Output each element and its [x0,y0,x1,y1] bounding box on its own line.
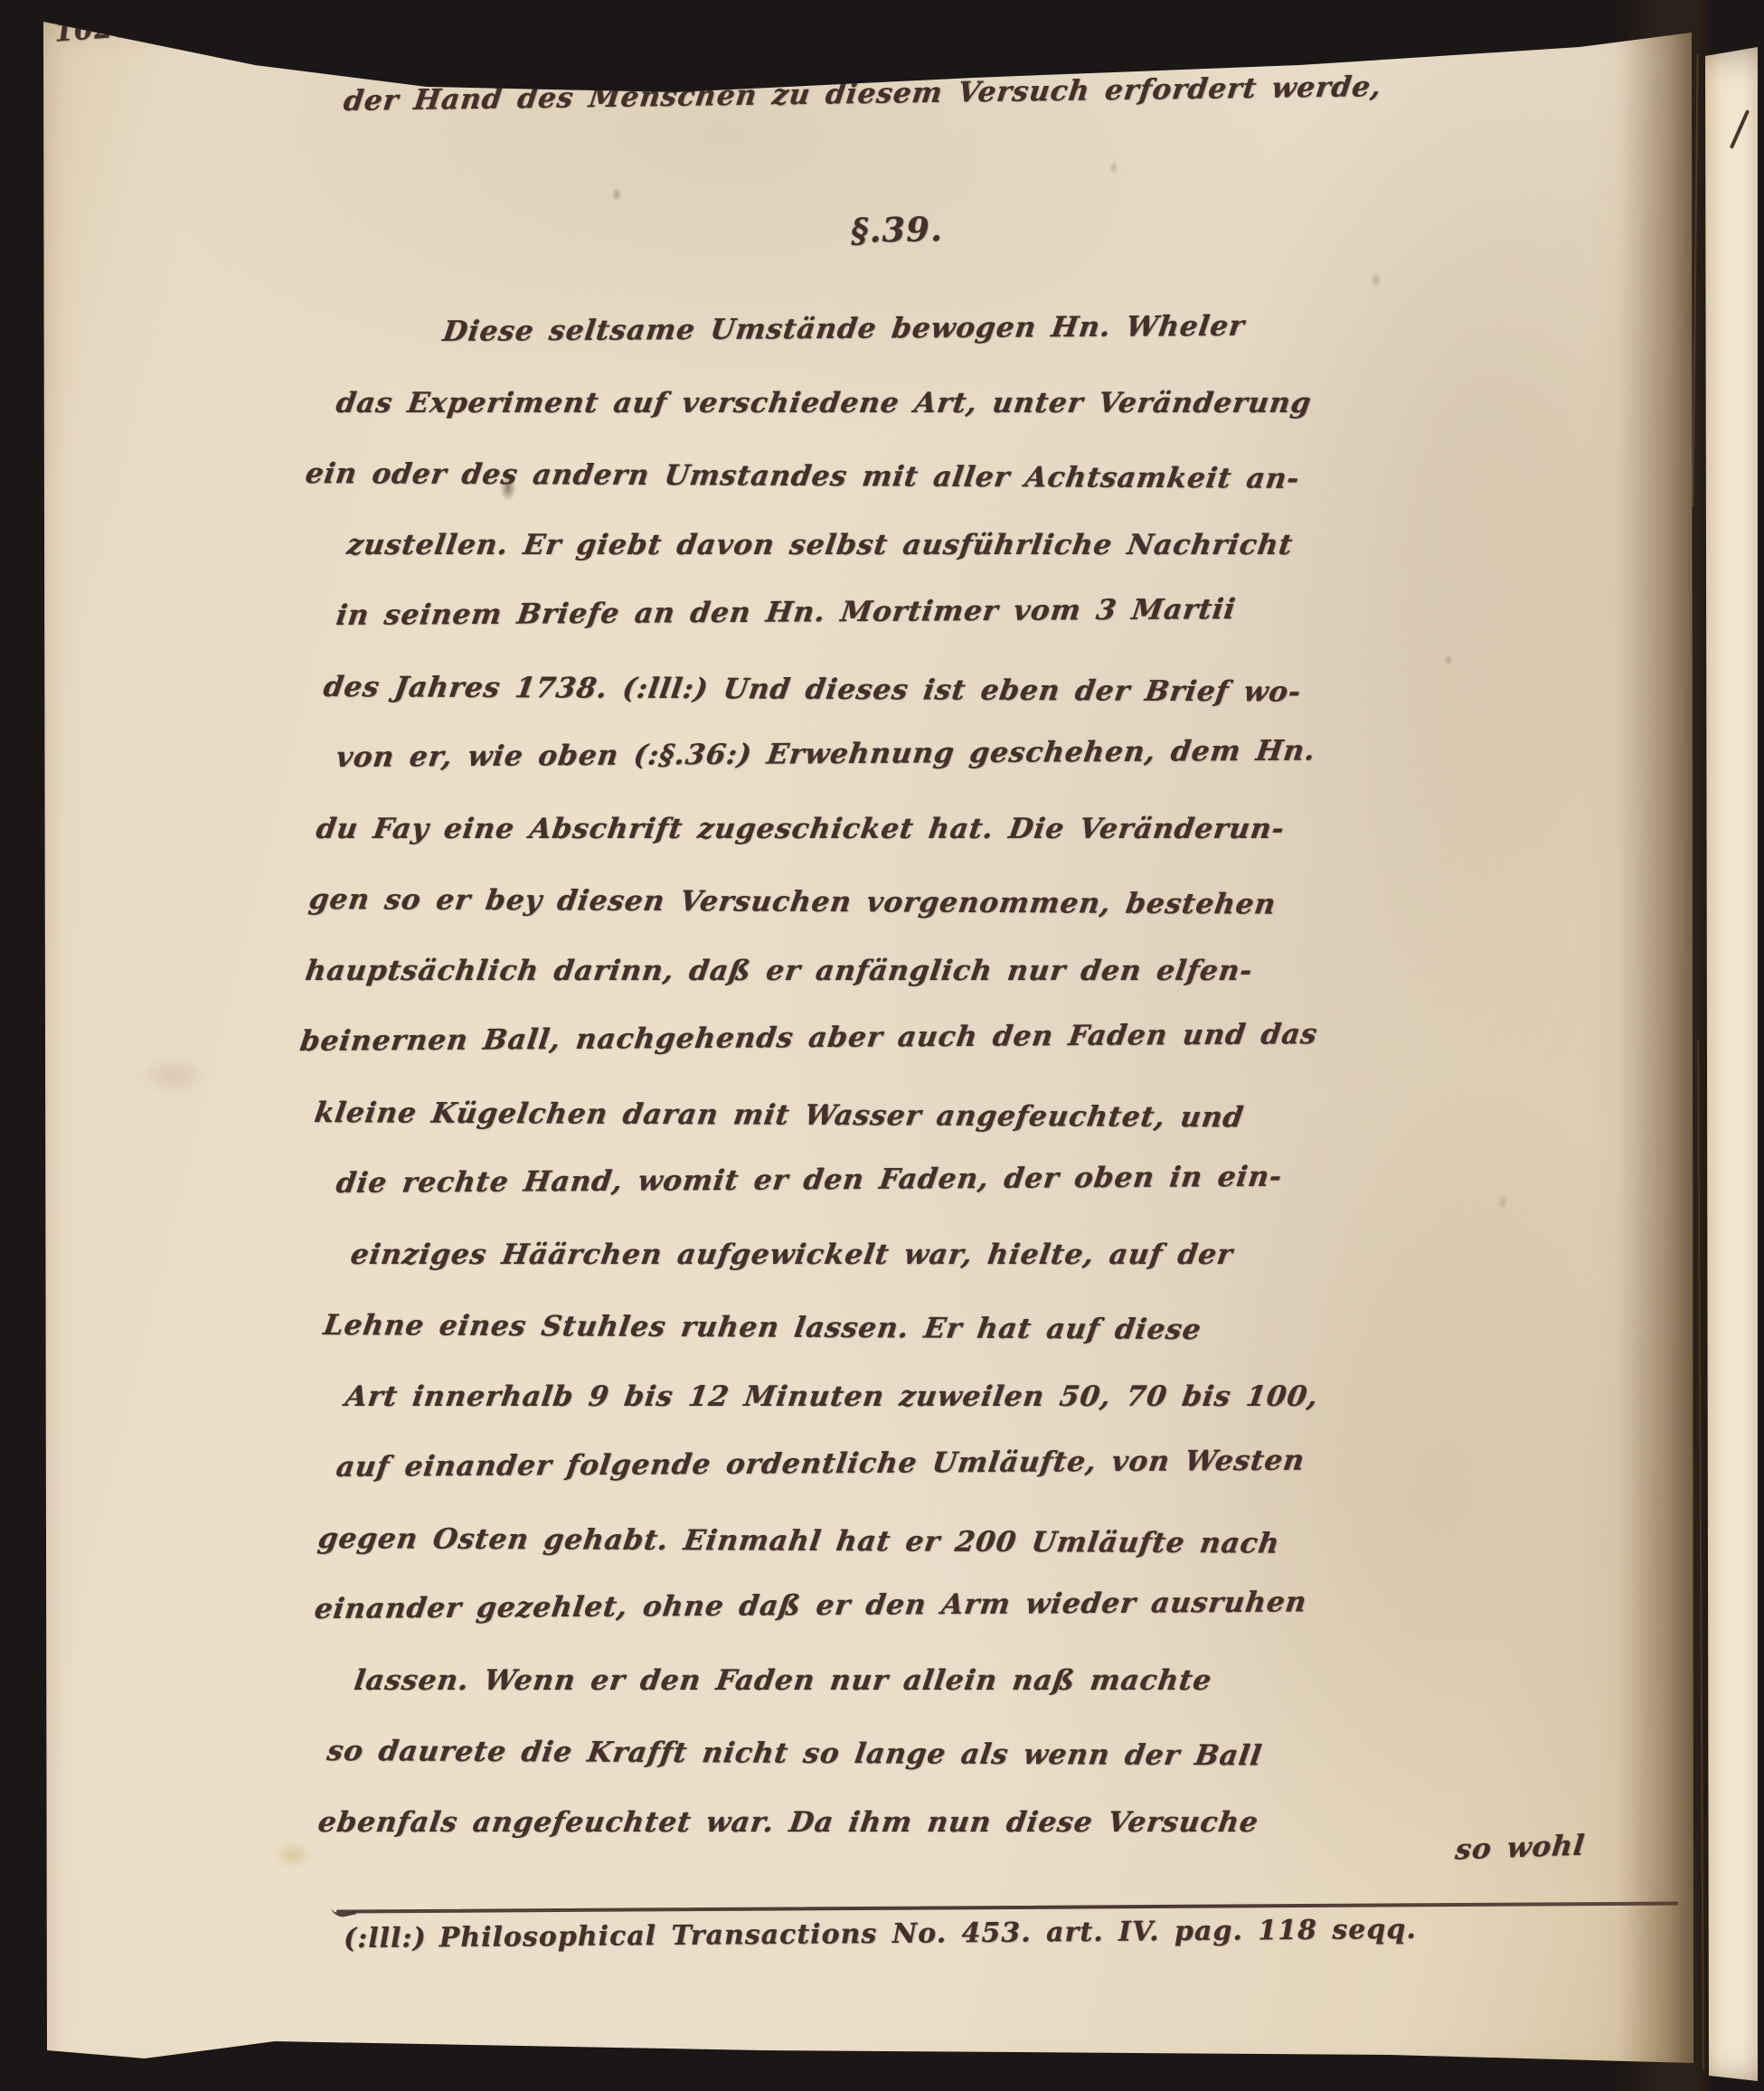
body-text: Diese seltsame Umstände bewogen Hn. Whel… [336,297,1150,1858]
manuscript-line: des Jahres 1738. (:lll:) Und dieses ist … [318,652,1155,727]
manuscript-line: die rechte Hand, womit er den Faden, der… [332,1143,1156,1220]
manuscript-page: 102. der Hand des Menschen zu diesem Ver… [38,9,1694,2081]
manuscript-line: Diese seltsame Umstände bewogen Hn. Whel… [439,292,1156,368]
manuscript-line: kleine Kügelchen daran mit Wasser angefe… [309,1078,1155,1153]
footnote-rule [336,1901,1678,1913]
manuscript-line: einziges Häärchen aufgewickelt war, hiel… [345,1220,1155,1291]
opening-line: der Hand des Menschen zu diesem Versuch … [342,71,1383,118]
manuscript-line: so daurete die Krafft nicht so lange als… [322,1716,1155,1791]
manuscript-line: Art innerhalb 9 bis 12 Minuten zuweilen … [340,1361,1155,1433]
footnote: (:lll:)Philosophical Transactions No. 45… [344,1914,1417,1954]
manuscript-line: ein oder des andern Umstandes mit aller … [300,438,1155,513]
manuscript-line: ebenfals angefeuchtet war. Da ihm nun di… [313,1787,1155,1859]
manuscript-line: hauptsächlich darinn, daß er anfänglich … [300,936,1155,1007]
next-page-edge [1705,47,1758,2081]
manuscript-line: das Experiment auf verschiedene Art, unt… [331,368,1155,439]
page-crease [1692,54,1698,506]
manuscript-line: in seinem Briefe an den Hn. Mortimer vom… [332,575,1156,652]
section-heading: §.39. [671,206,1124,254]
manuscript-line: von er, wie oben (:§.36:) Erwehnung gesc… [332,717,1156,794]
page-crease [1697,1040,1704,2070]
manuscript-line: zustellen. Er giebt davon selbst ausführ… [342,510,1155,581]
manuscript-line: beinernen Ball, nachgehends aber auch de… [296,1000,1156,1077]
footnote-mark: (:lll:) [344,1922,427,1954]
manuscript-line: gegen Osten gehabt. Einmahl hat er 200 U… [313,1503,1155,1578]
manuscript-line: Lehne eines Stuhles ruhen lassen. Er hat… [318,1290,1155,1365]
manuscript-scan: 102. der Hand des Menschen zu diesem Ver… [0,0,1764,2091]
manuscript-line: gen so er bey diesen Versuchen vorgenomm… [304,864,1155,939]
manuscript-line: lassen. Wenn er den Faden nur allein naß… [349,1645,1155,1717]
page-number: 102. [53,12,125,48]
manuscript-line: einander gezehlet, ohne daß er den Arm w… [310,1568,1156,1645]
catchword: so wohl [1454,1830,1587,1867]
manuscript-line: du Fay eine Abschrift zugeschicket hat. … [311,794,1155,865]
footnote-text: Philosophical Transactions No. 453. art.… [439,1914,1417,1954]
manuscript-line: auf einander folgende ordentliche Umläuf… [332,1427,1156,1503]
